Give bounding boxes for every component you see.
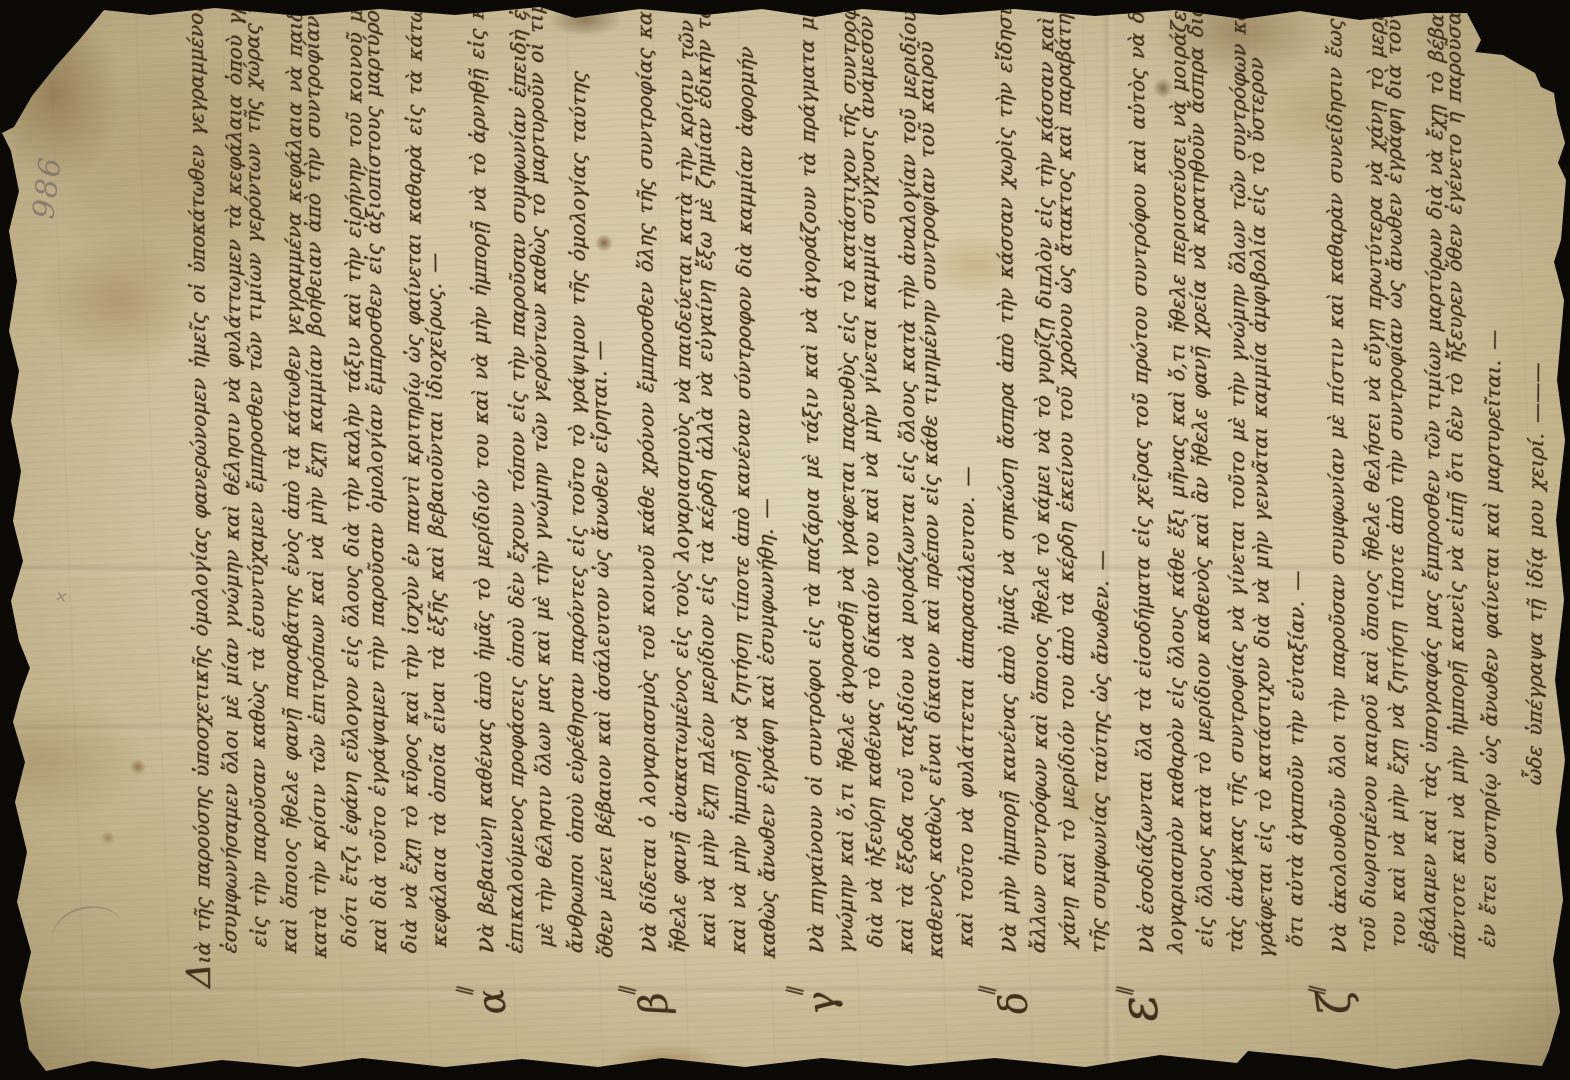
manuscript-line: νὰ βεβαιώνῃ καθένας ἀπὸ ἡμᾶς τὸ μερίδιόν… (461, 65, 500, 955)
marker-letter-alpha: α (475, 987, 508, 1017)
pencil-x-mark: × (51, 589, 71, 605)
manuscript-line: ὅτι αὐτὰ ἀγαποῦν τὴν εὐταξίαν. — (1280, 64, 1313, 948)
item-marker-delta: ∥ δ (988, 969, 1058, 1029)
item-epsilon-lines: νὰ ἐσοδιάζωνται ὅλα τὰ εἰσοδήματα εἰς χε… (1128, 66, 1310, 953)
item-beta: ∥ β νὰ δίδεται ὁ λογαριασμὸς τοῦ κοινοῦ … (633, 66, 786, 953)
manuscript-line: κατὰ τὴν κρίσιν τῶν ἐπιτρόπων καὶ νὰ μὴν… (297, 65, 334, 960)
manuscript-line: νὰ πηγαίνουν οἱ συντρόφοι εἰς τὰ παζάρια… (791, 65, 830, 955)
item-zeta-lines: νὰ ἀκολουθοῦν ὅλοι τὴν παροῦσαν συμφωνία… (1323, 66, 1506, 954)
item-delta-lines: νὰ μὴν ἠμπορῇ κανένας ἀπὸ ἡμᾶς νὰ σηκώσῃ… (993, 66, 1116, 953)
manuscript-line: νὰ δίδεται ὁ λογαριασμὸς τοῦ κοινοῦ κάθε… (628, 64, 662, 954)
item-zeta: ∥ ζ νὰ ἀκολουθοῦν ὅλοι τὴν παροῦσαν συμφ… (1323, 66, 1506, 954)
marker-letter-delta: δ (997, 990, 1030, 1017)
marker-letter-gamma: γ (805, 990, 838, 1017)
manuscript-line: τῆς συμφωνίας ταύτης ὡς ἄνωθεν. — (1083, 64, 1121, 954)
closing-line: ὧδε ὑπέγραψα τῇ ἰδίᾳ μου χειρί. ——— (1519, 64, 1553, 786)
item-marker-epsilon: ∥ ε (1126, 969, 1196, 1029)
item-alpha-lines: νὰ βεβαιώνῃ καθένας ἀπὸ ἡμᾶς τὸ μερίδιόν… (468, 66, 620, 953)
preamble-paragraph: Διὰ τῆς παρούσης ὑποσχετικῆς ὁμολογίας φ… (184, 66, 454, 953)
manuscript-line: κεφάλαια τὰ ὁποῖα εἶναι τὰ ἑξῆς καὶ βεβα… (417, 65, 454, 949)
marker-letter-zeta: ζ (1319, 989, 1352, 1017)
item-delta: ∥ δ νὰ μὴν ἠμπορῇ κανένας ἀπὸ ἡμᾶς νὰ ση… (993, 66, 1116, 953)
item-gamma: ∥ γ νὰ πηγαίνουν οἱ συντρόφοι εἰς τὰ παζ… (798, 66, 980, 953)
item-marker-beta: ∥ β (628, 969, 698, 1029)
manuscript-line: καὶ νὰ μὴν ἔχῃ πλέον μερίδιον εἰς τὰ κέρ… (688, 65, 722, 949)
manuscript-line: εἰς τὴν παροῦσαν καθὼς τὰ ἐσυντύχαμεν ἔμ… (237, 65, 274, 949)
item-gamma-lines: νὰ πηγαίνουν οἱ συντρόφοι εἰς τὰ παζάρια… (798, 66, 980, 953)
manuscript-content-rotated: 986 × Διὰ τῆς παρούσης ὑποσχετικῆς ὁμολο… (8, 8, 1561, 1071)
scanner-background: { "colors": { "background": "#0a0906", "… (0, 0, 1570, 1080)
marker-letter-epsilon: ε (1122, 993, 1156, 1025)
item-epsilon: ∥ ε νὰ ἐσοδιάζωνται ὅλα τὰ εἰσοδήματα εἰ… (1128, 66, 1310, 953)
item-marker-alpha: ∥ α (466, 969, 536, 1029)
item-marker-gamma: ∥ γ (796, 969, 866, 1029)
manuscript-text: Διὰ τῆς παρούσης ὑποσχετικῆς ὁμολογίας φ… (184, 8, 1549, 1071)
manuscript-line: του καὶ νὰ μὴν ἔχῃ νὰ ζητήσῃ τίποτε ἀπὸ … (1378, 64, 1412, 948)
manuscript-line: καθὼς ἄνωθεν ἐγράφη καὶ ἐσυμφωνήθη. — (748, 65, 782, 960)
manuscript-line: ἐν ἔτει σωτηρίῳ ὡς ἄνωθεν φαίνεται καὶ μ… (1473, 65, 1511, 949)
manuscript-line: καὶ τοῦτο νὰ φυλάττεται ἀπαρασάλευτον. — (950, 64, 983, 948)
manuscript-page: 986 × Διὰ τῆς παρούσης ὑποσχετικῆς ὁμολο… (0, 0, 1570, 1080)
manuscript-line: νὰ ἀκολουθοῦν ὅλοι τὴν παροῦσαν συμφωνία… (1318, 64, 1352, 954)
item-marker-zeta: ∥ ζ (1318, 969, 1388, 1029)
manuscript-line: πάντοτε καὶ νὰ μὴν ἠμπορῇ κανεὶς νὰ εἰπῇ… (1438, 65, 1472, 960)
marker-letter-beta: β (637, 991, 670, 1017)
manuscript-line: χάνῃ καὶ τὸ μερίδιόν του ἀπὸ τὰ κέρδη ἐκ… (1048, 65, 1082, 949)
item-alpha: ∥ α νὰ βεβαιώνῃ καθένας ἀπὸ ἡμᾶς τὸ μερί… (468, 66, 620, 953)
pencil-arc-mark (46, 899, 127, 961)
manuscript-line: Διὰ τῆς παρούσης ὑποσχετικῆς ὁμολογίας φ… (177, 65, 214, 989)
manuscript-line: νὰ ἐσοδιάζωνται ὅλα τὰ εἰσοδήματα εἰς χε… (1121, 65, 1160, 955)
item-beta-lines: νὰ δίδεται ὁ λογαριασμὸς τοῦ κοινοῦ κάθε… (633, 66, 786, 953)
folio-number: 986 (26, 154, 68, 221)
manuscript-line: νὰ μὴν ἠμπορῇ κανένας ἀπὸ ἡμᾶς νὰ σηκώσῃ… (988, 64, 1022, 954)
manuscript-line: καὶ διὰ τοῦτο ἐγράψαμεν τὴν παροῦσαν ὁμο… (357, 65, 394, 955)
